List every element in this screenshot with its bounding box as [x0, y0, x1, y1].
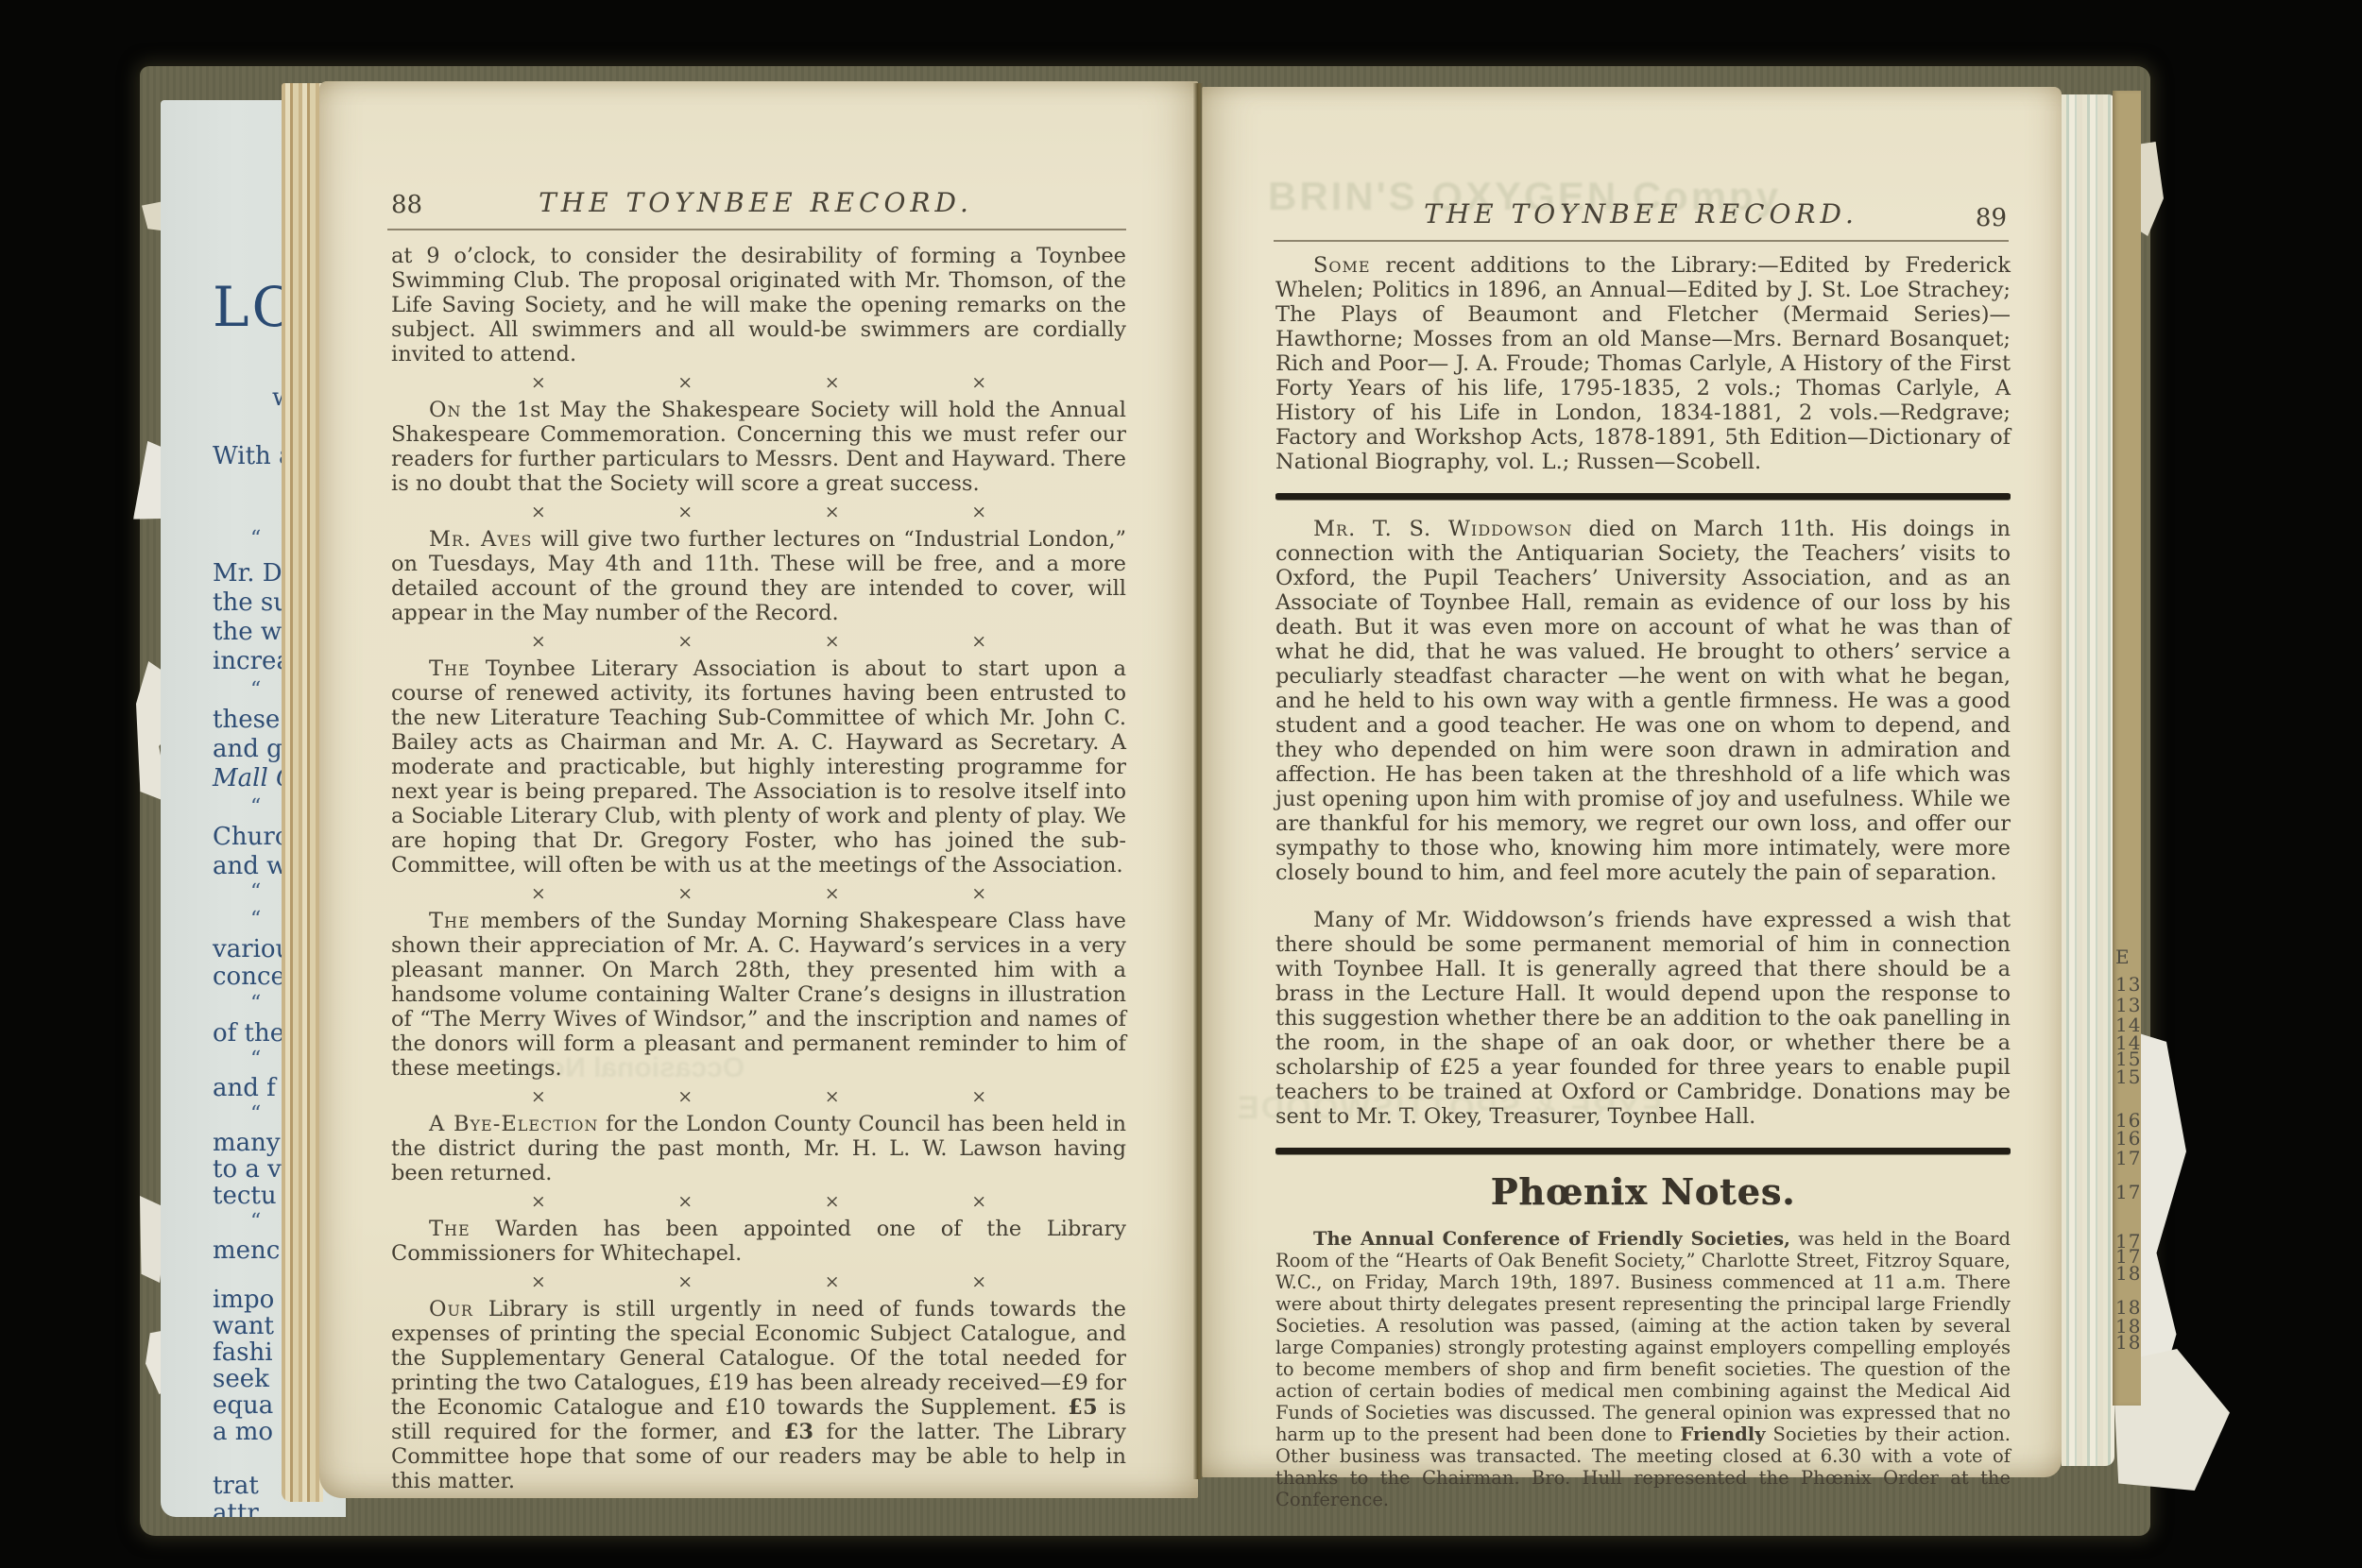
cross-symbol: ×: [531, 1193, 546, 1211]
cross-separator: ××××: [531, 885, 986, 903]
paragraph: Some recent additions to the Library:—Ed…: [1275, 253, 2011, 474]
small-caps-lead: The: [429, 1217, 471, 1241]
paragraph: The members of the Sunday Morning Shakes…: [391, 909, 1126, 1081]
clipped-text-fragment: tectu: [213, 1182, 277, 1210]
cross-separator: ××××: [531, 503, 986, 521]
cross-symbol: ×: [825, 1193, 840, 1211]
cross-symbol: ×: [531, 1273, 546, 1291]
right-text-column: Some recent additions to the Library:—Ed…: [1275, 253, 2011, 1481]
cross-symbol: ×: [531, 1088, 546, 1106]
paragraph: Mr. Aves will give two further lectures …: [391, 527, 1126, 625]
cross-symbol: ×: [531, 885, 546, 903]
cross-symbol: ×: [971, 374, 986, 392]
thick-section-rule: [1275, 1148, 2011, 1154]
cross-symbol: ×: [825, 885, 840, 903]
clipped-text-fragment: many: [213, 1129, 281, 1157]
cross-symbol: ×: [531, 503, 546, 521]
clipped-text-fragment: “: [250, 1048, 261, 1071]
clipped-text-fragment: seek: [213, 1365, 269, 1393]
cross-separator: ××××: [531, 1088, 986, 1106]
cross-symbol: ×: [971, 885, 986, 903]
clipped-text-fragment: menc: [213, 1236, 280, 1265]
cross-symbol: ×: [825, 1088, 840, 1106]
cross-separator: ××××: [531, 374, 986, 392]
clipped-text-fragment: impo: [213, 1286, 274, 1314]
clipped-text-fragment: Churc: [213, 823, 288, 851]
clipped-text-fragment: “: [250, 992, 261, 1015]
clipped-text-fragment: and w: [213, 852, 287, 880]
cross-separator: ××××: [531, 1273, 986, 1291]
small-caps-lead: Our: [429, 1297, 473, 1321]
clipped-text-fragment: “: [250, 527, 261, 551]
clipped-text-fragment: to a v: [213, 1155, 282, 1184]
cross-separator: ××××: [531, 1193, 986, 1211]
paragraph: at 9 o’clock, to consider the desirabili…: [391, 244, 1126, 366]
clipped-text-fragment: the su: [213, 588, 289, 617]
clipped-text-fragment: “: [250, 880, 261, 904]
clipped-text-fragment: conce: [213, 963, 285, 991]
cross-symbol: ×: [677, 633, 693, 651]
clipped-text-fragment: “: [250, 1210, 261, 1234]
header-rule: [387, 229, 1126, 230]
small-caps-lead: Mr. Aves: [429, 527, 532, 552]
paragraph: The Warden has been appointed one of the…: [391, 1217, 1126, 1266]
clipped-text-fragment: “: [250, 1102, 261, 1126]
header-rule: [1274, 240, 2009, 242]
clipped-text-fragment: Mr. D: [213, 559, 282, 588]
right-page-number: 89: [1976, 204, 2007, 232]
cross-symbol: ×: [677, 374, 693, 392]
paragraph: A Bye-Election for the London County Cou…: [391, 1112, 1126, 1185]
small-caps-lead: A Bye-Election: [429, 1112, 598, 1136]
clipped-text-fragment: a mo: [213, 1418, 273, 1446]
clipped-text-fragment: and f: [213, 1074, 276, 1102]
edge-page-number: 15: [2115, 1065, 2141, 1088]
edge-page-number: 18: [2115, 1331, 2141, 1354]
edge-page-number: 17: [2115, 1181, 2141, 1203]
book-gutter-crease: [1193, 83, 1203, 1479]
clipped-text-fragment: these: [213, 706, 280, 734]
cross-symbol: ×: [825, 503, 840, 521]
clipped-text-fragment: equa: [213, 1391, 273, 1420]
clipped-text-fragment: “: [250, 908, 261, 931]
cross-symbol: ×: [531, 374, 546, 392]
cross-symbol: ×: [677, 1193, 693, 1211]
paragraph: Many of Mr. Widdowson’s friends have exp…: [1275, 908, 2011, 1129]
edge-page-number: 17: [2115, 1147, 2141, 1169]
left-text-column: at 9 o’clock, to consider the desirabili…: [391, 244, 1126, 1472]
small-caps-lead: Mr. T. S. Widdowson: [1313, 517, 1573, 541]
cross-separator: ××××: [531, 633, 986, 651]
clipped-text-fragment: attr: [213, 1499, 259, 1517]
clipped-text-fragment: trat: [213, 1472, 259, 1500]
cross-symbol: ×: [677, 503, 693, 521]
clipped-text-fragment: “: [250, 678, 261, 702]
clipped-text-fragment: “: [250, 795, 261, 819]
paragraph: On the 1st May the Shakespeare Society w…: [391, 398, 1126, 496]
cross-symbol: ×: [677, 1088, 693, 1106]
cross-symbol: ×: [825, 633, 840, 651]
small-caps-lead: On: [429, 398, 461, 422]
cross-symbol: ×: [531, 633, 546, 651]
cross-symbol: ×: [677, 885, 693, 903]
paragraph: The Annual Conference of Friendly Societ…: [1275, 1228, 2011, 1510]
cross-symbol: ×: [971, 633, 986, 651]
cross-symbol: ×: [677, 1273, 693, 1291]
book-scan: LCwWith a“Mr. Dthe suthe wrincreas“these…: [0, 0, 2362, 1568]
underlying-index-page-edge: E13131414151516161717171718181818: [2113, 91, 2141, 1406]
clipped-text-fragment: want: [213, 1312, 274, 1340]
clipped-text-fragment: of the: [213, 1019, 284, 1048]
small-caps-lead: Some: [1313, 253, 1371, 278]
phoenix-notes-heading: Phœnix Notes.: [1275, 1171, 2011, 1213]
clipped-text-fragment: fashi: [213, 1338, 273, 1367]
cross-symbol: ×: [971, 503, 986, 521]
edge-page-number: 13: [2115, 973, 2141, 996]
small-caps-lead: The: [429, 656, 471, 681]
paragraph: Mr. T. S. Widdowson died on March 11th. …: [1275, 517, 2011, 885]
left-fore-edge-stack: [282, 83, 323, 1502]
paragraph: The Toynbee Literary Association is abou…: [391, 656, 1126, 878]
thick-section-rule: [1275, 493, 2011, 500]
right-fore-edge-stack: [2062, 94, 2114, 1466]
small-caps-lead: The: [429, 909, 471, 933]
right-running-head: THE TOYNBEE RECORD.: [1274, 198, 2009, 230]
cross-symbol: ×: [971, 1088, 986, 1106]
edge-page-number: 18: [2115, 1262, 2141, 1285]
clipped-text-fragment: variou: [213, 935, 291, 963]
right-page: BRIN'S OXYGEN Compy EYRE & SPOTTISWOODE …: [1202, 87, 2062, 1477]
left-running-head: THE TOYNBEE RECORD.: [387, 187, 1124, 218]
cross-symbol: ×: [825, 374, 840, 392]
cross-symbol: ×: [971, 1273, 986, 1291]
edge-page-number: E: [2115, 946, 2131, 968]
cross-symbol: ×: [971, 1193, 986, 1211]
cross-symbol: ×: [825, 1273, 840, 1291]
paragraph: Our Library is still urgently in need of…: [391, 1297, 1126, 1493]
left-page: Occasional Notes. 88 THE TOYNBEE RECORD.…: [319, 81, 1198, 1498]
